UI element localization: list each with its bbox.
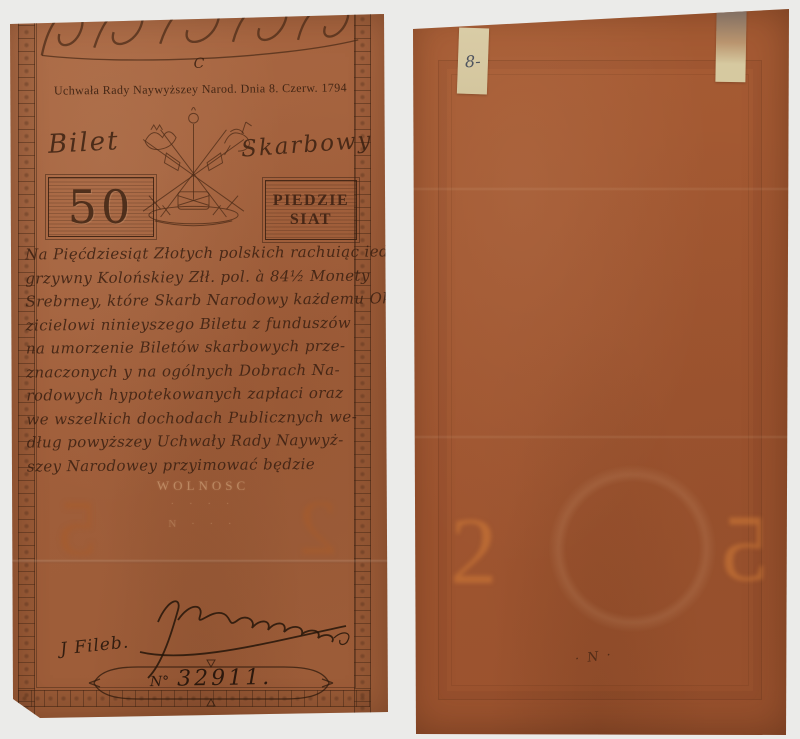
banknote-front: C Uchwała Rady Naywyższey Narod. Dnia 8.…	[8, 12, 390, 720]
obligation-line: na umorzenie Biletów skarbowych prze-	[26, 334, 378, 361]
watermark-numeral-left: 5	[58, 484, 97, 572]
obligation-line: we wszelkich dochodach Publicznych we-	[26, 405, 378, 432]
serial-number-cartouche: N°32911.	[86, 656, 336, 710]
paper-crease	[405, 188, 792, 190]
watermark-text-block: WOLNOSC · · · · N · · ·	[128, 478, 278, 534]
watermark-numeral-right: 2	[298, 484, 337, 572]
watermark-word: WOLNOSC	[128, 478, 278, 494]
tape-annotation: 8-	[465, 51, 481, 71]
serial-number: N°32911.	[86, 664, 336, 693]
tape-strip-right	[715, 10, 746, 83]
obligation-line: znaczonych y na ogólnych Dobrach Na-	[26, 358, 378, 385]
obligation-line: rodowych hypotekowanych zapłaci oraz	[26, 381, 378, 408]
obligation-line: dług powyższey Uchwały Rady Naywyż-	[27, 428, 379, 455]
obligation-line: szey Narodowey przyimować będzie	[27, 452, 379, 479]
title-bilet: Bilet	[47, 126, 120, 160]
banknote-back: 8- 2 5 · N ·	[405, 6, 792, 736]
series-letter: C	[8, 56, 390, 72]
serial-digits: 32911.	[177, 665, 272, 692]
denomination-word-top: PIEDZIE	[273, 191, 349, 210]
obligation-line: zicielowi ninieyszego Biletu z funduszów	[26, 311, 378, 338]
paper-crease	[405, 436, 792, 438]
serial-prefix: N°	[150, 674, 170, 690]
watermark-numeral-right: 5	[721, 498, 769, 598]
watermark-circle	[540, 461, 725, 636]
denomination-numeral-box: 50	[48, 177, 154, 237]
watermark-subline: · · · ·	[128, 494, 278, 514]
tape-strip-left: 8-	[457, 27, 489, 94]
obligation-text: Na Pięćdziesiąt Złotych polskich rachuią…	[25, 240, 379, 478]
obligation-line: Srebrney, które Skarb Narodowy każdemu O…	[25, 287, 377, 314]
obligation-line: Na Pięćdziesiąt Złotych polskich rachuią…	[25, 240, 377, 267]
obligation-line: grzywny Kolońskiey Złł. pol. à 84½ Monet…	[25, 264, 377, 291]
denomination-word-box: PIEDZIE SIAT	[265, 180, 357, 240]
watermark-numeral-left: 2	[450, 501, 498, 601]
denomination-word-bottom: SIAT	[290, 210, 332, 229]
watermark-subline: N · · ·	[128, 514, 278, 534]
paper-crease	[8, 560, 390, 563]
denomination-numeral: 50	[68, 180, 135, 234]
